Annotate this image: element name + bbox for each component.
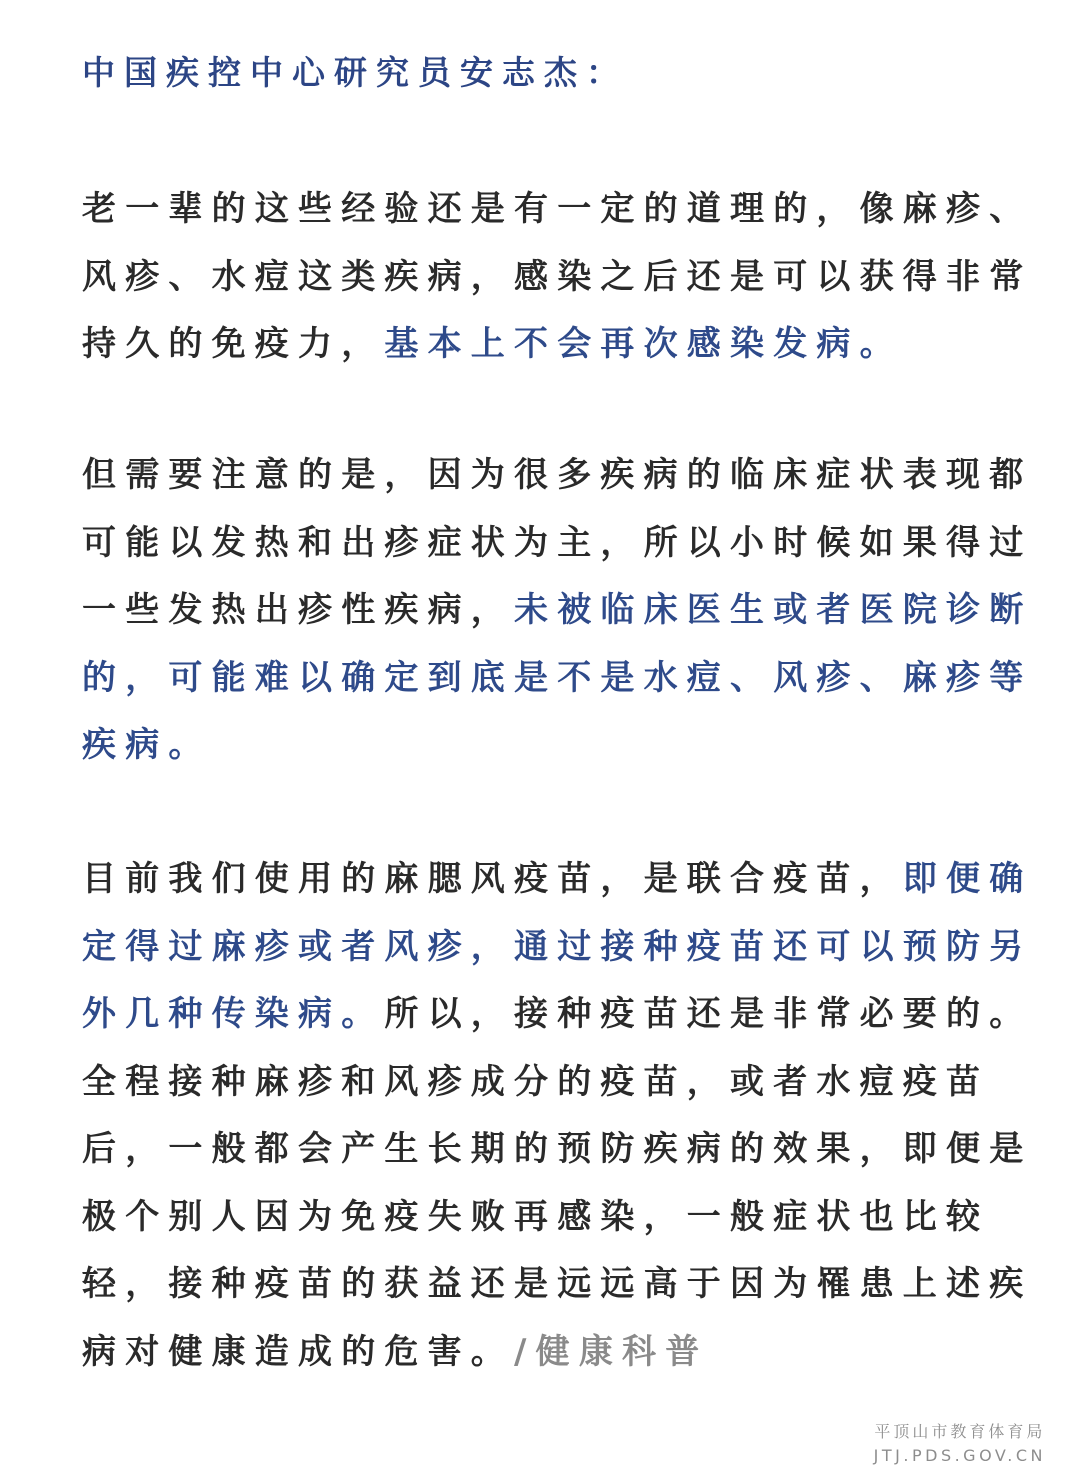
text-line: 后，一般都会产生长期的预防疾病的效果，即便是 bbox=[82, 1116, 1002, 1184]
highlighted-text: 未被临床医生或者医院诊断 bbox=[514, 590, 1032, 630]
text-segment: 风疹、水痘这类疾病，感染之后还是可以获得非常 bbox=[82, 257, 1032, 297]
text-segment: 全程接种麻疹和风疹成分的疫苗，或者水痘疫苗 bbox=[82, 1062, 989, 1102]
text-segment: 一些发热出疹性疾病， bbox=[82, 590, 514, 630]
text-segment: 可能以发热和出疹症状为主，所以小时候如果得过 bbox=[82, 523, 1032, 563]
text-line: 外几种传染病。所以，接种疫苗还是非常必要的。 bbox=[82, 981, 1002, 1049]
text-segment: 持久的免疫力， bbox=[82, 324, 384, 364]
text-line: 目前我们使用的麻腮风疫苗，是联合疫苗，即便确 bbox=[82, 846, 1002, 914]
footer-watermark: 平顶山市教育体育局 JTJ.PDS.GOV.CN bbox=[874, 1420, 1046, 1468]
text-segment: 病对健康造成的危害。 bbox=[82, 1332, 514, 1372]
highlighted-text: 外几种传染病。 bbox=[82, 994, 384, 1034]
speaker-heading: 中国疾控中心研究员安志杰： bbox=[82, 48, 628, 98]
highlighted-text: 的，可能难以确定到底是不是水痘、风疹、麻疹等 bbox=[82, 658, 1032, 698]
text-line: 一些发热出疹性疾病，未被临床医生或者医院诊断 bbox=[82, 577, 1002, 645]
text-line: 极个别人因为免疫失败再感染，一般症状也比较 bbox=[82, 1184, 1002, 1252]
footer-url: JTJ.PDS.GOV.CN bbox=[874, 1444, 1046, 1468]
text-line: 定得过麻疹或者风疹，通过接种疫苗还可以预防另 bbox=[82, 914, 1002, 982]
text-segment: 目前我们使用的麻腮风疫苗，是联合疫苗， bbox=[82, 859, 903, 899]
highlighted-text: 即便确 bbox=[903, 859, 1033, 899]
paragraph-3: 目前我们使用的麻腮风疫苗，是联合疫苗，即便确 定得过麻疹或者风疹，通过接种疫苗还… bbox=[82, 846, 1002, 1386]
text-segment: 但需要注意的是，因为很多疾病的临床症状表现都 bbox=[82, 455, 1032, 495]
text-segment: 极个别人因为免疫失败再感染，一般症状也比较 bbox=[82, 1197, 989, 1237]
highlighted-text: 疾病。 bbox=[82, 725, 212, 765]
text-segment: 老一辈的这些经验还是有一定的道理的，像麻疹、 bbox=[82, 189, 1032, 229]
text-line: 全程接种麻疹和风疹成分的疫苗，或者水痘疫苗 bbox=[82, 1049, 1002, 1117]
highlighted-text: 基本上不会再次感染发病。 bbox=[384, 324, 902, 364]
highlighted-text: 定得过麻疹或者风疹，通过接种疫苗还可以预防另 bbox=[82, 927, 1032, 967]
footer-organization: 平顶山市教育体育局 bbox=[874, 1420, 1046, 1444]
text-line: 病对健康造成的危害。/健康科普 bbox=[82, 1319, 1002, 1387]
paragraph-1: 老一辈的这些经验还是有一定的道理的，像麻疹、 风疹、水痘这类疾病，感染之后还是可… bbox=[82, 176, 1002, 379]
text-line: 风疹、水痘这类疾病，感染之后还是可以获得非常 bbox=[82, 244, 1002, 312]
text-line: 的，可能难以确定到底是不是水痘、风疹、麻疹等 bbox=[82, 645, 1002, 713]
text-line: 轻，接种疫苗的获益还是远远高于因为罹患上述疾 bbox=[82, 1251, 1002, 1319]
text-segment: 所以，接种疫苗还是非常必要的。 bbox=[384, 994, 1032, 1034]
text-line: 疾病。 bbox=[82, 712, 1002, 780]
source-tag: /健康科普 bbox=[514, 1332, 708, 1372]
text-segment: 后，一般都会产生长期的预防疾病的效果，即便是 bbox=[82, 1129, 1032, 1169]
text-segment: 轻，接种疫苗的获益还是远远高于因为罹患上述疾 bbox=[82, 1264, 1032, 1304]
text-line: 但需要注意的是，因为很多疾病的临床症状表现都 bbox=[82, 442, 1002, 510]
text-line: 老一辈的这些经验还是有一定的道理的，像麻疹、 bbox=[82, 176, 1002, 244]
text-line: 持久的免疫力，基本上不会再次感染发病。 bbox=[82, 311, 1002, 379]
paragraph-2: 但需要注意的是，因为很多疾病的临床症状表现都 可能以发热和出疹症状为主，所以小时… bbox=[82, 442, 1002, 780]
text-line: 可能以发热和出疹症状为主，所以小时候如果得过 bbox=[82, 510, 1002, 578]
